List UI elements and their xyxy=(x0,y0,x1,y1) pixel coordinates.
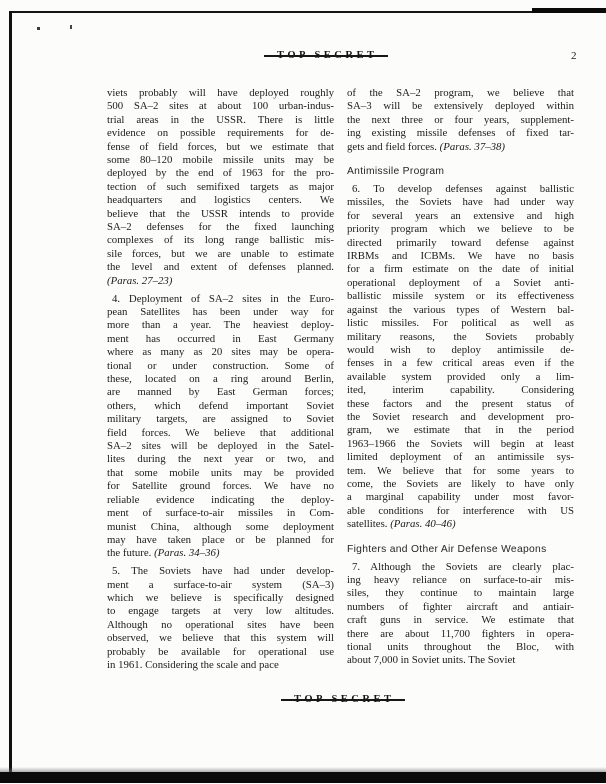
text-line: more than a year. The heaviest deploy- xyxy=(107,319,334,332)
paragraph: viets probably will have deployed roughl… xyxy=(107,87,334,288)
text-line: ment a surface-to-air system (SA–3) xyxy=(107,579,334,592)
text-line: gram, we estimate that in the period xyxy=(347,424,574,437)
text-line: deployed by the end of 1963 for the pro- xyxy=(107,167,334,180)
text-line: observed, we believe that this system wi… xyxy=(107,632,334,645)
text-line: satellites. (Paras. 40–46) xyxy=(347,518,574,531)
text-line: (Paras. 27–23) xyxy=(107,275,334,288)
text-line: able conditions for interference with US xyxy=(347,505,574,518)
text-line: for Satellite ground forces. We have no xyxy=(107,480,334,493)
text-line: to engage targets at very low altitudes. xyxy=(107,605,334,618)
text-line: fenses in a few critical areas even if t… xyxy=(347,357,574,370)
text-line: may have taken place or be planned for xyxy=(107,534,334,547)
text-line: 1963–1966 the Soviets will begin at leas… xyxy=(347,438,574,451)
text-line: for several years an extensive and high xyxy=(347,210,574,223)
scan-border-top-smudge xyxy=(532,8,606,13)
text-line: reliable evidence indicating the deploy- xyxy=(107,494,334,507)
text-line: ited, interim capability. Considering xyxy=(347,384,574,397)
classification-header: TOP SECRET xyxy=(277,50,377,61)
classification-strikethrough xyxy=(281,699,405,701)
text-line: gets and field forces. (Paras. 37–38) xyxy=(347,141,574,154)
text-line: SA–3 will be extensively deployed within xyxy=(347,100,574,113)
text-line: missiles, the Soviets have had under way xyxy=(347,196,574,209)
text-line: 6. To develop defenses against ballistic xyxy=(347,183,574,196)
text-line: the next three or four years, supplement… xyxy=(347,114,574,127)
text-line: are manned by East German forces; xyxy=(107,386,334,399)
text-line: available system provided only a lim- xyxy=(347,371,574,384)
text-line: viets probably will have deployed roughl… xyxy=(107,87,334,100)
text-line: tional or under construction. Some of xyxy=(107,360,334,373)
text-line: the level and extent of defenses planned… xyxy=(107,261,334,274)
text-line: IRBMs and ICBMs. We have no basis xyxy=(347,250,574,263)
text-line: operational deployment of a Soviet anti- xyxy=(347,277,574,290)
text-line: military reasons, the Soviets probably xyxy=(347,331,574,344)
text-line: Although no operational sites have been xyxy=(107,619,334,632)
text-line: numbers of fighter aircraft and antiair- xyxy=(347,601,574,614)
classification-footer: TOP SECRET xyxy=(294,694,394,705)
text-line: these, located on a ring around Berlin, xyxy=(107,373,334,386)
text-line: ment of surface-to-air missiles in Com- xyxy=(107,507,334,520)
text-line: ballistic missile system or its effectiv… xyxy=(347,290,574,303)
text-line: limited deployment of an antimissile sys… xyxy=(347,451,574,464)
text-line: which we believe is specifically designe… xyxy=(107,592,334,605)
text-line: directed primarily toward defense agains… xyxy=(347,237,574,250)
text-line: lites during the next year or two, and xyxy=(107,453,334,466)
text-line: 500 SA–2 sites at about 100 urban-indus- xyxy=(107,100,334,113)
text-line: for a firm estimate on the date of initi… xyxy=(347,263,574,276)
section-heading: Antimissile Program xyxy=(347,166,574,179)
text-line: 7. Although the Soviets are clearly plac… xyxy=(347,561,574,574)
text-column-left: viets probably will have deployed roughl… xyxy=(107,87,334,672)
classification-strikethrough xyxy=(264,55,388,57)
scan-speck xyxy=(37,27,40,30)
text-line: some 80–120 mobile missile units may be xyxy=(107,154,334,167)
text-line: sile forces, but we are unable to estima… xyxy=(107,248,334,261)
text-line: tem. We believe that for some years to xyxy=(347,465,574,478)
text-line: a marginal capability under most favor- xyxy=(347,491,574,504)
text-line: of the SA–2 program, we believe that xyxy=(347,87,574,100)
text-line: ment has occurred in East Germany xyxy=(107,333,334,346)
scan-speck xyxy=(70,25,72,29)
text-line: 5. The Soviets have had under develop- xyxy=(107,565,334,578)
text-line: military targets, are assigned to Soviet xyxy=(107,413,334,426)
text-line: there are about 11,700 fighters in opera… xyxy=(347,628,574,641)
text-line: complexes of its long range ballistic mi… xyxy=(107,234,334,247)
text-line: where as many as 20 sites may be opera- xyxy=(107,346,334,359)
section-heading: Fighters and Other Air Defense Weapons xyxy=(347,544,574,557)
text-line: SA–2 sites will be deployed in the Satel… xyxy=(107,440,334,453)
scan-border-bottom xyxy=(0,772,606,783)
text-line: priority program which we believe to be xyxy=(347,223,574,236)
text-line: evidence on possible requirements for de… xyxy=(107,127,334,140)
text-line: believe that the USSR intends to provide xyxy=(107,208,334,221)
text-line: against the various types of Western bal… xyxy=(347,304,574,317)
text-line: ing heavy reliance on surface-to-air mis… xyxy=(347,574,574,587)
text-line: in 1961. Considering the scale and pace xyxy=(107,659,334,672)
text-line: headquarters and logistics centers. We xyxy=(107,194,334,207)
text-line: these factors and the present status of xyxy=(347,398,574,411)
paragraph: 7. Although the Soviets are clearly plac… xyxy=(347,561,574,668)
scan-border-top xyxy=(9,11,606,13)
text-line: field forces. We believe that additional xyxy=(107,427,334,440)
text-line: come, the Soviets are likely to have onl… xyxy=(347,478,574,491)
text-line: siles, they continue to maintain large xyxy=(347,587,574,600)
page-number: 2 xyxy=(571,50,577,62)
paragraph: 5. The Soviets have had under develop-me… xyxy=(107,565,334,672)
text-line: munist China, although some deployment xyxy=(107,521,334,534)
text-column-right: of the SA–2 program, we believe thatSA–3… xyxy=(347,87,574,668)
text-line: craft guns in service. We estimate that xyxy=(347,614,574,627)
text-line: fense of field forces, but we estimate t… xyxy=(107,141,334,154)
text-line: the future. (Paras. 34–36) xyxy=(107,547,334,560)
text-line: ing existing missile defenses of fixed t… xyxy=(347,127,574,140)
text-line: 4. Deployment of SA–2 sites in the Euro- xyxy=(107,293,334,306)
text-line: others, which defend important Soviet xyxy=(107,400,334,413)
text-line: tection of such semifixed targets as maj… xyxy=(107,181,334,194)
paragraph: 6. To develop defenses against ballistic… xyxy=(347,183,574,532)
paragraph: of the SA–2 program, we believe thatSA–3… xyxy=(347,87,574,154)
text-line: that some mobile units may be provided xyxy=(107,467,334,480)
text-line: would wish to deploy antimissile de- xyxy=(347,344,574,357)
text-line: tional units throughout the Bloc, with xyxy=(347,641,574,654)
text-line: about 7,000 in Soviet units. The Soviet xyxy=(347,654,574,667)
scan-border-left xyxy=(9,11,12,773)
text-line: probably be available for operational us… xyxy=(107,646,334,659)
paragraph: 4. Deployment of SA–2 sites in the Euro-… xyxy=(107,293,334,561)
text-line: the Soviet research and development pro- xyxy=(347,411,574,424)
text-line: pean Satellites has been under way for xyxy=(107,306,334,319)
text-line: listic missiles. For political as well a… xyxy=(347,317,574,330)
text-line: trial areas in the USSR. There is little xyxy=(107,114,334,127)
text-line: SA–2 defenses for the fixed launching xyxy=(107,221,334,234)
document-page: TOP SECRET 2 viets probably will have de… xyxy=(0,0,606,784)
